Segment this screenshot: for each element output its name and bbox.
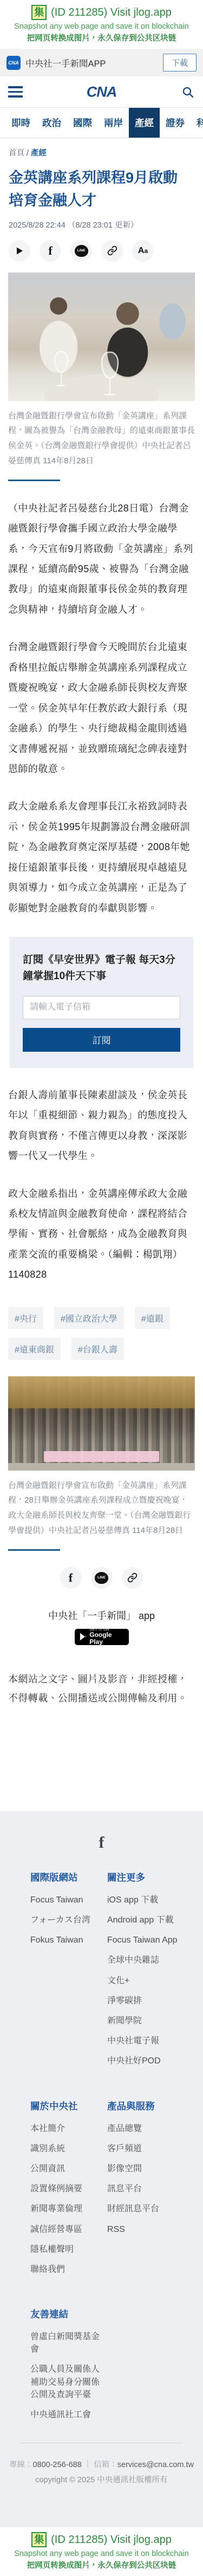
footer-link[interactable]: 中央通訊社工會 bbox=[30, 2409, 107, 2421]
jlog-ad-banner-top[interactable]: 集 (ID 211285) Visit jlog.app Snapshot an… bbox=[0, 0, 203, 49]
main-nav: 即時 政治 國際 兩岸 產經 證券 科技 bbox=[0, 108, 203, 138]
cna-logo[interactable]: CNA bbox=[87, 83, 117, 100]
search-icon[interactable] bbox=[181, 86, 194, 99]
update-time: （8/28 23:01 更新） bbox=[68, 221, 139, 230]
footer-link[interactable]: Focus Taiwan bbox=[30, 1894, 107, 1906]
newsletter-title: 訂閱《早安世界》電子報 每天3分鐘掌握10件天下事 bbox=[23, 952, 180, 985]
article-photo-1[interactable] bbox=[8, 273, 195, 401]
breadcrumb-home-link[interactable]: 首頁 bbox=[9, 149, 24, 158]
footer-link[interactable]: 訊息平台 bbox=[107, 2183, 188, 2195]
share-toolbar-bottom: f LINE bbox=[0, 1558, 203, 1594]
footer-link[interactable]: 產品總覽 bbox=[107, 2122, 188, 2135]
google-play-label: Google Play bbox=[89, 1632, 123, 1646]
breadcrumb-current[interactable]: 產經 bbox=[31, 149, 47, 158]
footer-link[interactable]: 聯絡我們 bbox=[30, 2263, 107, 2276]
footer-link[interactable]: 中央社電子報 bbox=[107, 2035, 188, 2047]
tag-nccu[interactable]: #國立政治大學 bbox=[54, 1307, 124, 1329]
line-share-icon[interactable]: LINE bbox=[70, 240, 92, 262]
app-strip-title: 中央社一手新聞APP bbox=[25, 56, 106, 69]
contact-email[interactable]: services@cna.com.tw bbox=[117, 2461, 194, 2469]
hotline-number: 0800-256-688 bbox=[32, 2461, 81, 2469]
footer-link[interactable]: 設置條例摘要 bbox=[30, 2183, 107, 2195]
listen-play-button[interactable] bbox=[9, 240, 30, 262]
article-body: （中央社記者呂晏慈台北28日電）台灣金融暨銀行學會攜手國立政治大學金融學系，今天… bbox=[0, 499, 203, 1285]
footer-link-columns: 國際版網站 Focus Taiwan フォーカス台湾 Fokus Taiwan … bbox=[0, 1852, 203, 2429]
footer-link[interactable]: 公開資訊 bbox=[30, 2163, 107, 2175]
footer-link[interactable]: 全球中央雜誌 bbox=[107, 1954, 188, 1966]
google-play-icon bbox=[80, 1633, 87, 1641]
jlog-tagline-zh: 把网页转换成图片，永久保存到公共区块链 bbox=[0, 32, 203, 43]
footer-section-international: 國際版網站 Focus Taiwan フォーカス台湾 Fokus Taiwan bbox=[30, 1870, 107, 2075]
footer-facebook-icon[interactable]: f bbox=[0, 1834, 203, 1852]
footer-link[interactable]: フォーカス台湾 bbox=[30, 1914, 107, 1926]
tag-far-eastern-bank[interactable]: #遠東商銀 bbox=[8, 1338, 61, 1360]
jlog-logo-icon: 集 bbox=[31, 2532, 47, 2547]
photo-banner-shape bbox=[44, 1451, 160, 1462]
footer-link[interactable]: iOS app 下載 bbox=[107, 1894, 188, 1906]
share-toolbar: f LINE Aa bbox=[0, 230, 203, 269]
photo-1-caption: 台灣金融暨銀行學會宣布啟動「金英講座」系列課程，圖為被譽為「台灣金融教母」的遠東… bbox=[8, 409, 195, 469]
footer-section-title: 國際版網站 bbox=[30, 1870, 107, 1884]
nav-item-politics[interactable]: 政治 bbox=[36, 108, 67, 138]
nav-item-securities[interactable]: 證券 bbox=[160, 108, 191, 138]
line-share-icon[interactable]: LINE bbox=[91, 1567, 113, 1589]
article-date: 2025/8/28 22:44 （8/28 23:01 更新） bbox=[0, 215, 203, 230]
breadcrumb: 首頁/產經 bbox=[0, 138, 203, 160]
footer-section-title: 關於中央社 bbox=[30, 2099, 107, 2113]
nav-item-technology[interactable]: 科技 bbox=[191, 108, 203, 138]
menu-icon[interactable] bbox=[8, 86, 23, 100]
footer-link[interactable]: 影像空間 bbox=[107, 2163, 188, 2175]
photo-2-caption: 台灣金融暨銀行學會宣布啟動「金英講座」系列課程，28日舉辦金英講座系列課程成立暨… bbox=[8, 1478, 195, 1538]
footer-section-products: 產品與服務 產品總覽 客戶頻道 影像空間 訊息平台 財經訊息平台 RSS bbox=[107, 2099, 192, 2284]
footer-link[interactable]: 中央社好POD bbox=[107, 2055, 188, 2067]
footer-section-about: 關於中央社 本社簡介 識別系統 公開資訊 設置條例摘要 新聞專業倫理 誠信經營專… bbox=[30, 2099, 107, 2284]
newsletter-email-input[interactable] bbox=[23, 996, 180, 1019]
footer-link[interactable]: 淨零碳排 bbox=[107, 1995, 188, 2007]
tag-central-bank[interactable]: #央行 bbox=[8, 1307, 43, 1329]
caption-divider bbox=[8, 480, 60, 481]
cna-app-icon: CNA bbox=[6, 56, 21, 70]
app-download-button[interactable]: 下載 bbox=[163, 54, 197, 72]
footer-section-title: 關注更多 bbox=[107, 1870, 192, 1884]
nav-item-business-active[interactable]: 產經 bbox=[129, 108, 160, 138]
footer-copyright: copyright © 2025 中央通訊社版權所有 bbox=[0, 2474, 203, 2527]
jlog-tagline-zh: 把网页转换成图片，永久保存到公共区块链 bbox=[0, 2559, 203, 2571]
app-promo-title: 中央社「一手新聞」 app bbox=[0, 1608, 203, 1622]
spacer bbox=[0, 1708, 203, 1811]
footer-link[interactable]: 財經訊息平台 bbox=[107, 2203, 188, 2215]
nav-item-world[interactable]: 國際 bbox=[67, 108, 98, 138]
tag-feib[interactable]: #遠銀 bbox=[135, 1307, 170, 1329]
jlog-ad-banner-bottom[interactable]: 集 (ID 211285) Visit jlog.app Snapshot an… bbox=[0, 2527, 203, 2576]
article-paragraph: （中央社記者呂晏慈台北28日電）台灣金融暨銀行學會攜手國立政治大學金融學系，今天… bbox=[8, 499, 195, 620]
jlog-logo-icon: 集 bbox=[31, 5, 47, 20]
text-size-icon[interactable]: Aa bbox=[132, 240, 154, 262]
photo-floor-shape bbox=[8, 1463, 195, 1471]
facebook-share-icon[interactable]: f bbox=[40, 240, 61, 262]
nav-item-realtime[interactable]: 即時 bbox=[5, 108, 36, 138]
footer-section-follow-more: 關注更多 iOS app 下載 Android app 下載 Focus Tai… bbox=[107, 1870, 192, 2075]
footer-section-title: 產品與服務 bbox=[107, 2099, 192, 2113]
footer-link[interactable]: Focus Taiwan App bbox=[107, 1934, 188, 1946]
wine-glass-shape bbox=[100, 351, 120, 400]
footer-link[interactable]: 客戶頻道 bbox=[107, 2143, 188, 2155]
footer-link[interactable]: 識別系統 bbox=[30, 2143, 107, 2155]
copyright-notice: 本網站之文字、圖片及影音，非經授權，不得轉載、公開播送或公開傳輸及利用。 bbox=[8, 1670, 195, 1708]
footer-link[interactable]: Android app 下載 bbox=[107, 1914, 188, 1926]
jlog-tagline-en: Snapshot any web page and save it on blo… bbox=[0, 2549, 203, 2558]
article-paragraph: 政大金融系指出，金英講座傳承政大金融系校友情誼與金融教育使命，課程將結合學術、實… bbox=[8, 1184, 195, 1285]
site-footer: f 國際版網站 Focus Taiwan フォーカス台湾 Fokus Taiwa… bbox=[0, 1811, 203, 2527]
article-photo-2[interactable] bbox=[8, 1376, 195, 1471]
jlog-id-text: (ID 211285) Visit jlog.app bbox=[51, 7, 172, 19]
footer-section-friendly-links: 友善連結 曾虛白新聞獎基金會 公職人員及關係人補助交易身分關係公開及查詢平臺 中… bbox=[30, 2307, 107, 2429]
article-paragraph: 政大金融系系友會理事長江永裕致詞時表示，侯金英1995年規劃籌設台灣金融研訓院，… bbox=[8, 797, 195, 918]
breadcrumb-separator: / bbox=[27, 149, 29, 158]
facebook-share-icon[interactable]: f bbox=[60, 1567, 82, 1589]
article-paragraph: 台灣金融暨銀行學會今天晚間於台北遠東香格里拉飯店舉辦金英講座系列課程成立暨慶祝晚… bbox=[8, 637, 195, 779]
footer-link[interactable]: 隱私權聲明 bbox=[30, 2243, 107, 2256]
publish-time: 2025/8/28 22:44 bbox=[9, 221, 66, 230]
tag-list: #央行 #國立政治大學 #遠銀 #遠東商銀 #台銀人壽 bbox=[8, 1307, 195, 1360]
footer-link[interactable]: RSS bbox=[107, 2223, 188, 2236]
google-play-badge[interactable]: GET IT ON Google Play bbox=[75, 1629, 129, 1645]
site-header: CNA bbox=[0, 76, 203, 108]
footer-link[interactable]: 本社簡介 bbox=[30, 2122, 107, 2135]
footer-link[interactable]: 新聞專業倫理 bbox=[30, 2203, 107, 2215]
tag-taiwan-bank-life[interactable]: #台銀人壽 bbox=[71, 1338, 124, 1360]
footer-section-title: 友善連結 bbox=[30, 2307, 107, 2321]
jlog-id-text: (ID 211285) Visit jlog.app bbox=[51, 2534, 172, 2546]
footer-link[interactable]: Fokus Taiwan bbox=[30, 1934, 107, 1946]
app-download-strip: CNA 中央社一手新聞APP 下載 bbox=[0, 49, 203, 76]
footer-divider bbox=[21, 2443, 182, 2443]
footer-link[interactable]: 曾虛白新聞獎基金會 bbox=[30, 2331, 107, 2355]
wine-glass-shape bbox=[53, 351, 69, 391]
caption-divider bbox=[8, 1549, 60, 1551]
photo-ceiling-shape bbox=[8, 1376, 195, 1408]
jlog-tagline-en: Snapshot any web page and save it on blo… bbox=[0, 22, 203, 31]
footer-link[interactable]: 新聞學院 bbox=[107, 2015, 188, 2027]
newsletter-subscribe-box: 訂閱《早安世界》電子報 每天3分鐘掌握10件天下事 訂閱 bbox=[10, 937, 193, 1068]
newsletter-subscribe-button[interactable]: 訂閱 bbox=[23, 1028, 180, 1052]
footer-link[interactable]: 文化+ bbox=[107, 1975, 188, 1987]
article-paragraph: 台銀人壽前董事長陳素甜談及，侯金英長年以「重視細節、親力親為」的態度投入教育與實… bbox=[8, 1085, 195, 1167]
footer-link[interactable]: 誠信經營專區 bbox=[30, 2223, 107, 2236]
article-title: 金英講座系列課程9月啟動 培育金融人才 bbox=[0, 160, 203, 215]
footer-link[interactable]: 公職人員及關係人補助交易身分關係公開及查詢平臺 bbox=[30, 2363, 107, 2401]
copy-link-icon[interactable] bbox=[122, 1567, 143, 1589]
copy-link-icon[interactable] bbox=[101, 240, 123, 262]
nav-item-cross-strait[interactable]: 兩岸 bbox=[98, 108, 129, 138]
footer-contact-line: 專線：0800-256-688｜信箱：services@cna.com.tw bbox=[0, 2458, 203, 2470]
